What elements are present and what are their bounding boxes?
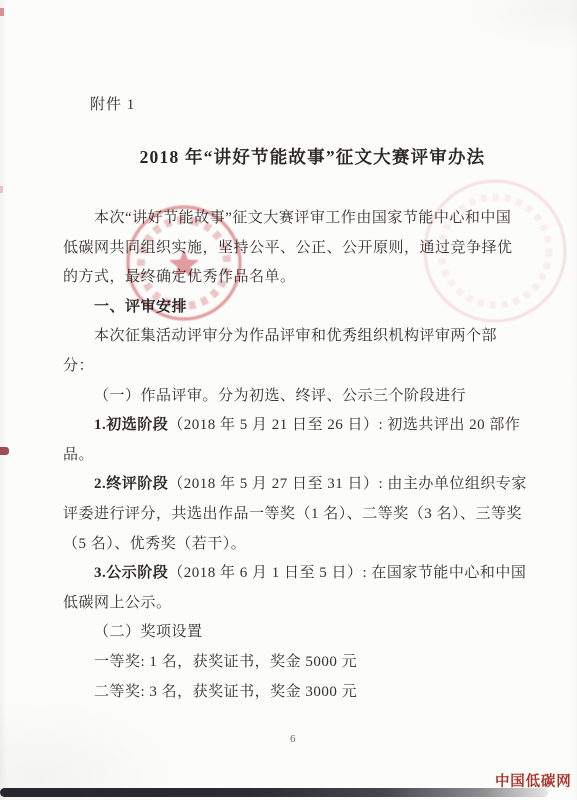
line-text: （5 名）、优秀奖（若干）。	[63, 536, 246, 552]
line-text: 一等奖: 1 名，获奖证书，奖金 5000 元	[94, 654, 357, 670]
line-heading: 2.终评阶段	[94, 476, 168, 492]
line-text: （2018 年 5 月 21 日至 26 日）: 初选共评出 20 部作	[168, 417, 520, 433]
line-text: 低碳网共同组织实施，坚持公平、公正、公开原则，通过竞争择优	[63, 240, 513, 256]
line-text: 的方式，最终确定优秀作品名单。	[63, 269, 296, 285]
document-body: 本次“讲好节能故事”征文大赛评审工作由国家节能中心和中国低碳网共同组织实施，坚持…	[63, 204, 533, 707]
line-heading: 1.初选阶段	[94, 417, 168, 433]
text-line: 1.初选阶段（2018 年 5 月 21 日至 26 日）: 初选共评出 20 …	[63, 411, 533, 441]
red-scan-mark-left-lower	[0, 447, 9, 455]
line-text: （2018 年 5 月 27 日至 31 日）: 由主办单位组织专家	[168, 476, 527, 492]
text-line: 低碳网上公示。	[63, 589, 533, 619]
text-line: 评委进行评分，共选出作品一等奖（1 名）、二等奖（3 名）、三等奖	[63, 500, 533, 530]
text-line: 3.公示阶段（2018 年 6 月 1 日至 5 日）: 在国家节能中心和中国	[63, 559, 533, 589]
text-line: 低碳网共同组织实施，坚持公平、公正、公开原则，通过竞争择优	[63, 234, 533, 264]
line-text: 本次“讲好节能故事”征文大赛评审工作由国家节能中心和中国	[94, 210, 511, 226]
text-line: 一、评审安排	[63, 293, 533, 323]
text-line: 本次征集活动评审分为作品评审和优秀组织机构评审两个部	[63, 322, 533, 352]
text-line: （二）奖项设置	[63, 618, 533, 648]
page-number: 6	[290, 733, 297, 745]
text-line: 本次“讲好节能故事”征文大赛评审工作由国家节能中心和中国	[63, 204, 533, 234]
line-text: 二等奖: 3 名，获奖证书，奖金 3000 元	[94, 684, 357, 700]
text-line: 分：	[63, 352, 533, 382]
text-line: 品。	[63, 441, 533, 471]
line-text: 本次征集活动评审分为作品评审和优秀组织机构评审两个部	[94, 328, 497, 344]
text-line: （5 名）、优秀奖（若干）。	[63, 530, 533, 560]
line-text: 分：	[63, 358, 94, 374]
document-title: 2018 年“讲好节能故事”征文大赛评审办法	[0, 144, 577, 169]
text-line: 的方式，最终确定优秀作品名单。	[63, 263, 533, 293]
line-text: 品。	[63, 447, 94, 463]
line-text: （2018 年 6 月 1 日至 5 日）: 在国家节能中心和中国	[168, 565, 526, 581]
red-scan-mark-top-left	[0, 8, 4, 16]
scanned-document-page: { "page": { "attachment_label": "附件 1", …	[0, 0, 577, 800]
text-line: （一）作品评审。分为初选、终评、公示三个阶段进行	[63, 382, 533, 412]
red-scan-mark-left-middle	[0, 186, 3, 193]
line-heading: 3.公示阶段	[94, 565, 168, 581]
attachment-label: 附件 1	[90, 93, 135, 114]
line-text: （一）作品评审。分为初选、终评、公示三个阶段进行	[94, 388, 466, 404]
line-heading: 一、评审安排	[94, 299, 187, 315]
text-line: 二等奖: 3 名，获奖证书，奖金 3000 元	[63, 678, 533, 708]
scanner-edge-bar	[0, 788, 548, 797]
line-text: 低碳网上公示。	[63, 595, 172, 611]
line-text: （二）奖项设置	[94, 624, 203, 640]
line-text: 评委进行评分，共选出作品一等奖（1 名）、二等奖（3 名）、三等奖	[63, 506, 522, 522]
text-line: 一等奖: 1 名，获奖证书，奖金 5000 元	[63, 648, 533, 678]
text-line: 2.终评阶段（2018 年 5 月 27 日至 31 日）: 由主办单位组织专家	[63, 470, 533, 500]
